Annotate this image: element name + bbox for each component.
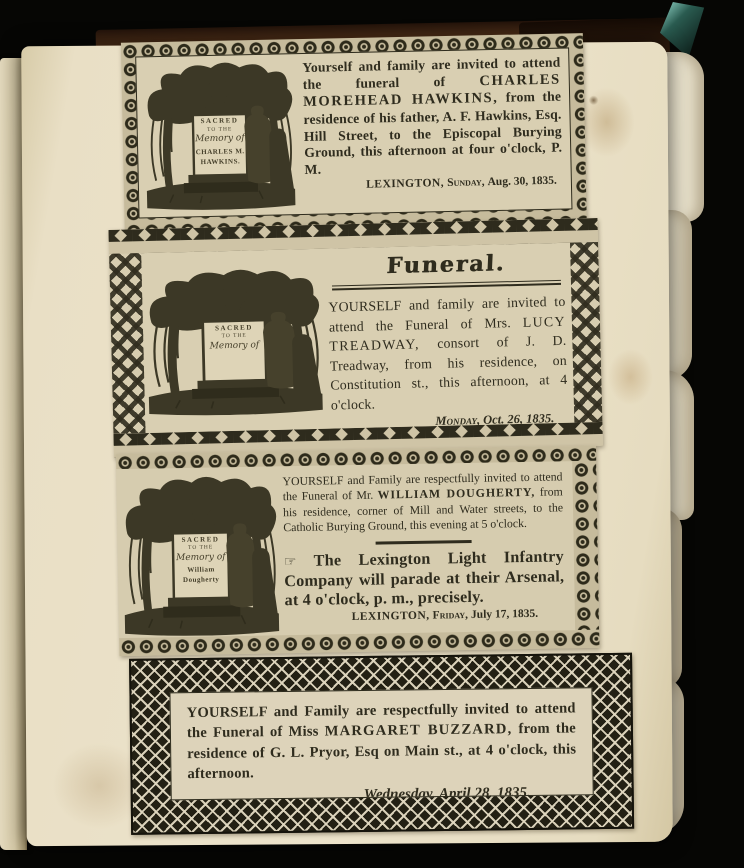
clipping-buzzard: YOURSELF and Family are respectfully inv… [129,653,634,835]
dateline: Lexington,Friday,July 17, 1835. [285,607,565,624]
section-rule [376,540,472,545]
deceased-name: WILLIAM DOUGHERTY, [378,485,536,502]
dateline: Lexington,Sunday,Aug. 30, 1835. [305,175,563,192]
invitation-text: YOURSELF and family are invited to atten… [328,292,568,415]
chain-border [109,253,145,434]
double-rule [332,280,561,291]
funeral-heading: Funeral. [327,249,565,281]
monument-inscription: SACRED TO THE Memory of [202,322,268,383]
photographed-scrapbook-scene: SACRED TO THE Memory of CHARLES M. HAWKI… [0,0,744,868]
invitation-text: Yourself and family are invited to atten… [302,55,562,179]
clipping-hawkins: SACRED TO THE Memory of CHARLES M. HAWKI… [121,33,587,233]
clipping-treadway: SACRED TO THE Memory of Funeral. YOURSEL… [109,218,603,458]
clipping-dougherty: SACRED TO THE Memory of William Doughert… [116,446,599,656]
monument-inscription: SACRED TO THE Memory of CHARLES M. HAWKI… [192,115,248,176]
willow-monument-engraving: SACRED TO THE Memory of CHARLES M. HAWKI… [142,58,297,211]
foxing-stain [598,337,663,417]
invitation-text: YOURSELF and Family are respectfully inv… [282,469,563,535]
deceased-name: MARGARET BUZZARD, [325,722,513,740]
scrapbook-page: SACRED TO THE Memory of CHARLES M. HAWKI… [21,42,673,846]
monument-inscription: SACRED TO THE Memory of William Doughert… [172,534,230,600]
parade-notice: ☞ The Lexington Light Infantry Company w… [284,548,565,611]
rosette-border [572,461,599,630]
dateline: Wednesday, April 28, 1835. [188,784,577,800]
ink-spot [588,94,600,106]
pointing-hand-icon: ☞ [284,555,297,570]
willow-monument-engraving: SACRED TO THE Memory of William Doughert… [120,472,281,637]
invitation-text: YOURSELF and Family are respectfully inv… [187,698,577,784]
willow-monument-engraving: SACRED TO THE Memory of [144,265,326,417]
chain-border [570,242,602,423]
